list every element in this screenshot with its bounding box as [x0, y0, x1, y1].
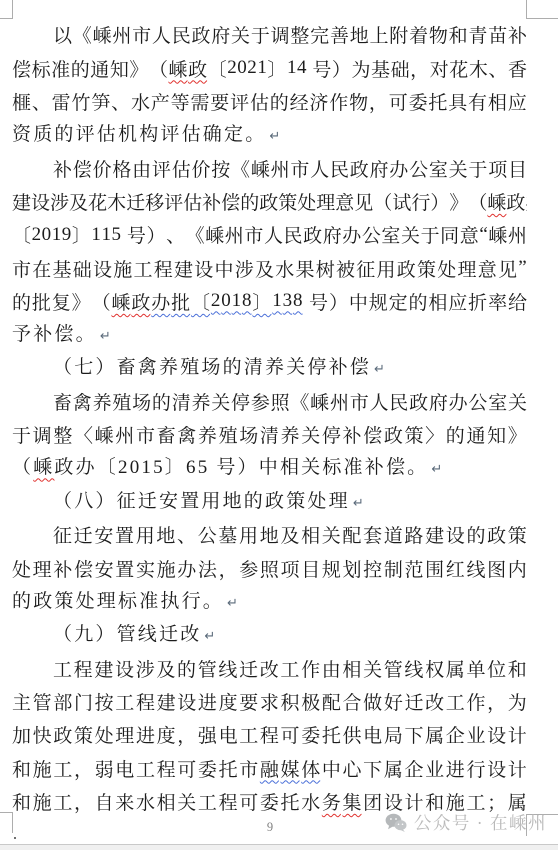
text-line: 加快政策处理进度，强电工程可委托供电局下属企业设计	[12, 718, 527, 751]
text-line: 征迁安置用地、公墓用地及相关配套道路建设的政策	[12, 518, 527, 551]
text-line: 处理补偿安置实施办法，参照项目规划控制范围红线图内	[12, 552, 527, 585]
crop-mark-top-right	[526, 0, 558, 19]
paragraph-mark: ↵	[353, 496, 364, 511]
text-line: （嵊政办〔2015〕65 号）中相关标准补偿。↵	[12, 451, 527, 484]
text-line: 市在基础设施工程建设中涉及水果树被征用政策处理意见”	[12, 251, 527, 284]
text-line: 的政策处理标准执行。↵	[12, 585, 527, 618]
text-line: 的批复》（嵊政办批〔2018〕138 号）中规定的相应折率给	[12, 285, 527, 318]
text-line: 主管部门按工程建设进度要求积极配合做好迁改工作，为	[12, 685, 527, 718]
text-line: 建设涉及花木迁移评估补偿的政策处理意见（试行）》（嵊政办	[12, 185, 527, 218]
heading-line: （八）征迁安置用地的政策处理↵	[12, 485, 527, 518]
paragraph-mark: ↵	[204, 629, 215, 644]
heading-line: （九）管线迁改↵	[12, 618, 527, 651]
wechat-icon	[385, 813, 407, 832]
document-page: { "page": { "number": "9", "watermark_te…	[0, 0, 558, 850]
crop-mark-top-left	[0, 0, 13, 19]
text-line: 补偿价格由评估价按《嵊州市人民政府办公室关于项目	[12, 151, 527, 184]
text-line: 以《嵊州市人民政府关于调整完善地上附着物和青苗补	[12, 18, 527, 51]
text-line: 榧、雷竹笋、水产等需要评估的经济作物，可委托具有相应	[12, 85, 527, 118]
paragraph-mark: ↵	[227, 596, 238, 611]
text-line: 工程建设涉及的管线迁改工作由相关管线权属单位和	[12, 652, 527, 685]
paragraph-mark: ↵	[269, 129, 280, 144]
watermark-text: 公众号 · 在嵊州	[414, 810, 547, 835]
text-line: 畜禽养殖场的清养关停参照《嵊州市人民政府办公室关	[12, 385, 527, 418]
page-bottom-edge	[0, 844, 558, 850]
paragraph-mark: ↵	[100, 329, 111, 344]
text-line: 于调整〈嵊州市畜禽养殖场清养关停补偿政策〉的通知》	[12, 418, 527, 451]
document-body: 以《嵊州市人民政府关于调整完善地上附着物和青苗补偿标准的通知》（嵊政〔2021〕…	[12, 18, 527, 818]
text-line: 和施工，弱电工程可委托市融媒体中心下属企业进行设计	[12, 752, 527, 785]
paragraph-mark: ↵	[374, 362, 385, 377]
heading-line: （七）畜禽养殖场的清养关停补偿↵	[12, 351, 527, 384]
text-line: 资质的评估机构评估确定。↵	[12, 118, 527, 151]
watermark: 公众号 · 在嵊州	[385, 810, 547, 834]
stray-mark	[14, 837, 16, 839]
text-line: 〔2019〕115 号）、《嵊州市人民政府办公室关于同意“嵊州	[12, 218, 527, 251]
paragraph-mark: ↵	[431, 462, 442, 477]
text-line: 予补偿。↵	[12, 318, 527, 351]
text-line: 偿标准的通知》（嵊政〔2021〕14 号）为基础，对花木、香	[12, 51, 527, 84]
